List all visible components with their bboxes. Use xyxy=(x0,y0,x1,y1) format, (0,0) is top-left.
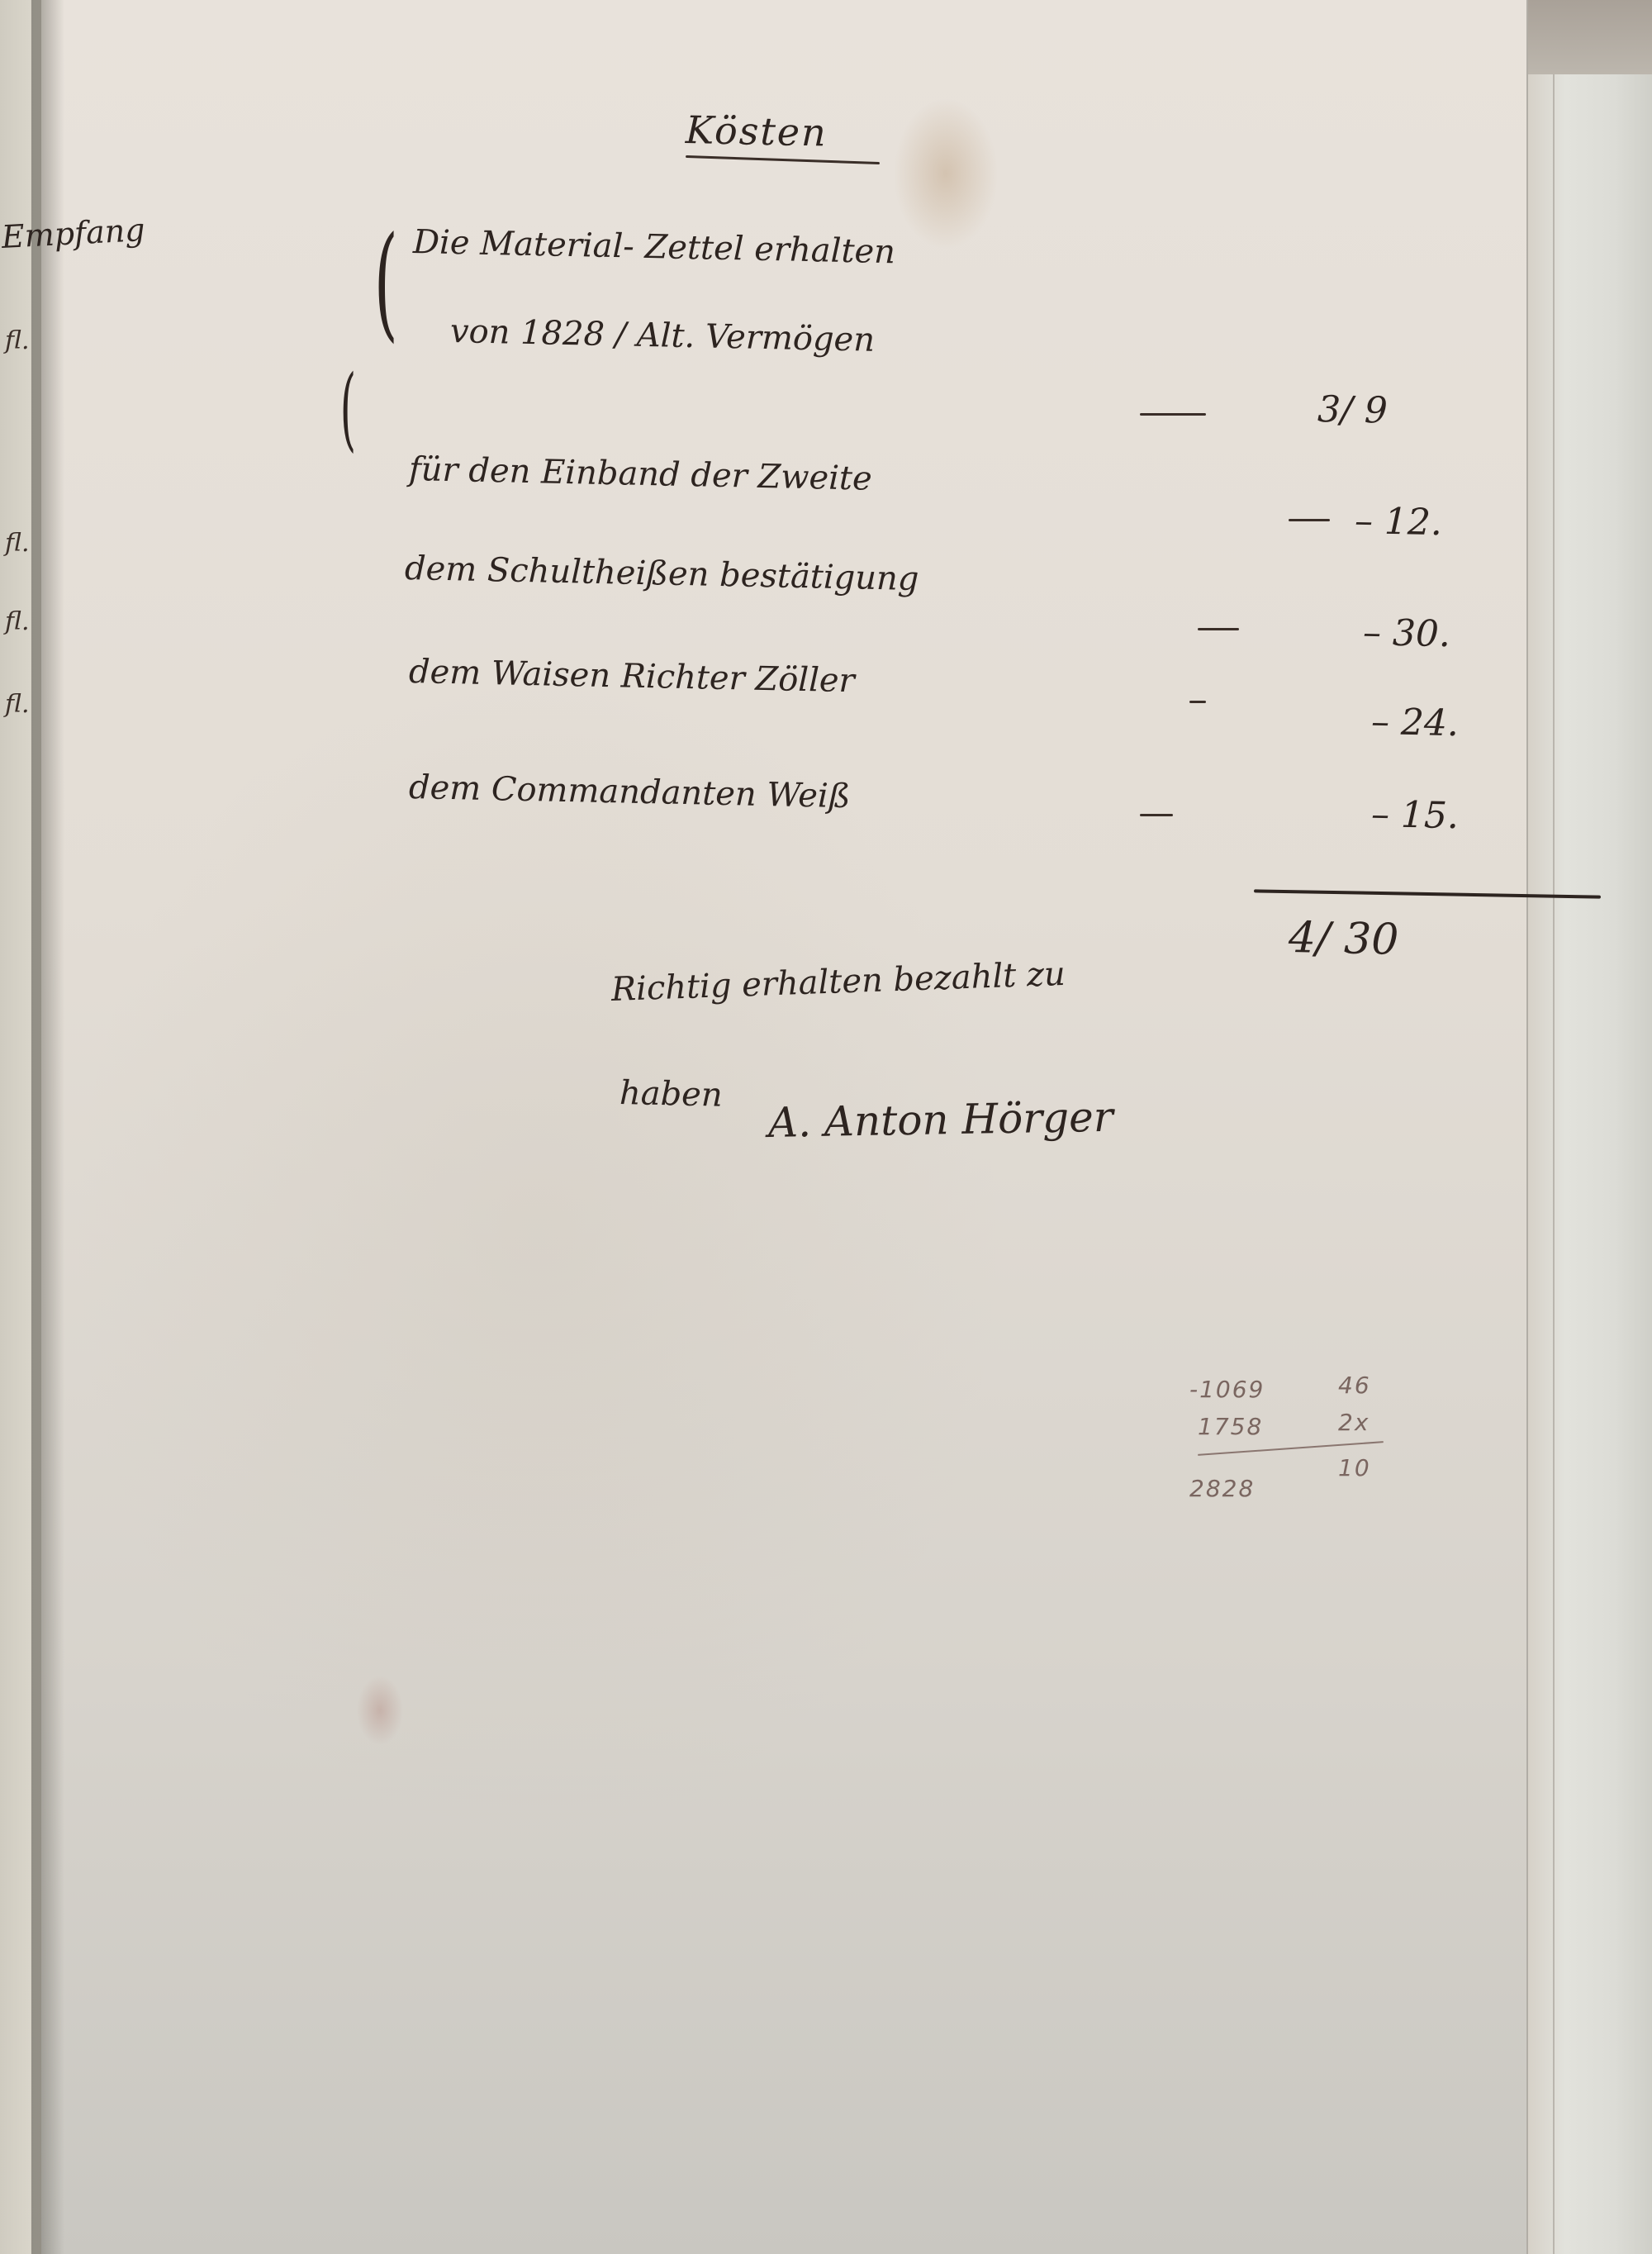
total-amount: 4/ 30 xyxy=(1288,913,1399,965)
margin-fragment: fl. xyxy=(5,529,30,558)
bracket-brace: ( xyxy=(340,355,356,461)
pencil-number: 46 xyxy=(1338,1372,1371,1399)
book-block-edge xyxy=(1526,0,1652,2254)
page-leaf-edge xyxy=(1553,74,1555,2254)
page-heading: Kösten xyxy=(685,107,828,155)
line-item-amount: – 24. xyxy=(1370,701,1459,744)
margin-fragment: fl. xyxy=(5,690,30,719)
line-item-amount: – 15. xyxy=(1370,793,1459,837)
margin-note: Empfang xyxy=(1,212,146,255)
pencil-number: 1758 xyxy=(1198,1413,1263,1440)
leader-dash xyxy=(1140,413,1206,416)
line-item-amount: – 30. xyxy=(1362,611,1450,655)
leader-dash xyxy=(1189,701,1206,703)
book-gutter-shadow xyxy=(31,0,64,2254)
pencil-number: -1069 xyxy=(1189,1376,1265,1403)
receipt-statement-continuation: haben xyxy=(619,1074,724,1115)
signature: A. Anton Hörger xyxy=(767,1093,1113,1147)
line-item-amount: – 12. xyxy=(1354,500,1442,544)
leader-dash xyxy=(1289,519,1330,521)
pencil-number: 2x xyxy=(1338,1409,1370,1436)
line-item-amount: 3/ 9 xyxy=(1317,388,1388,432)
bracket-brace: ( xyxy=(374,211,398,354)
margin-fragment: fl. xyxy=(5,326,30,355)
leader-dash xyxy=(1140,814,1173,816)
margin-fragment: fl. xyxy=(5,607,30,636)
book-cover-corner xyxy=(1528,0,1652,74)
pencil-number: 2828 xyxy=(1189,1475,1255,1502)
leader-dash xyxy=(1198,628,1239,630)
pencil-number: 10 xyxy=(1338,1454,1371,1481)
